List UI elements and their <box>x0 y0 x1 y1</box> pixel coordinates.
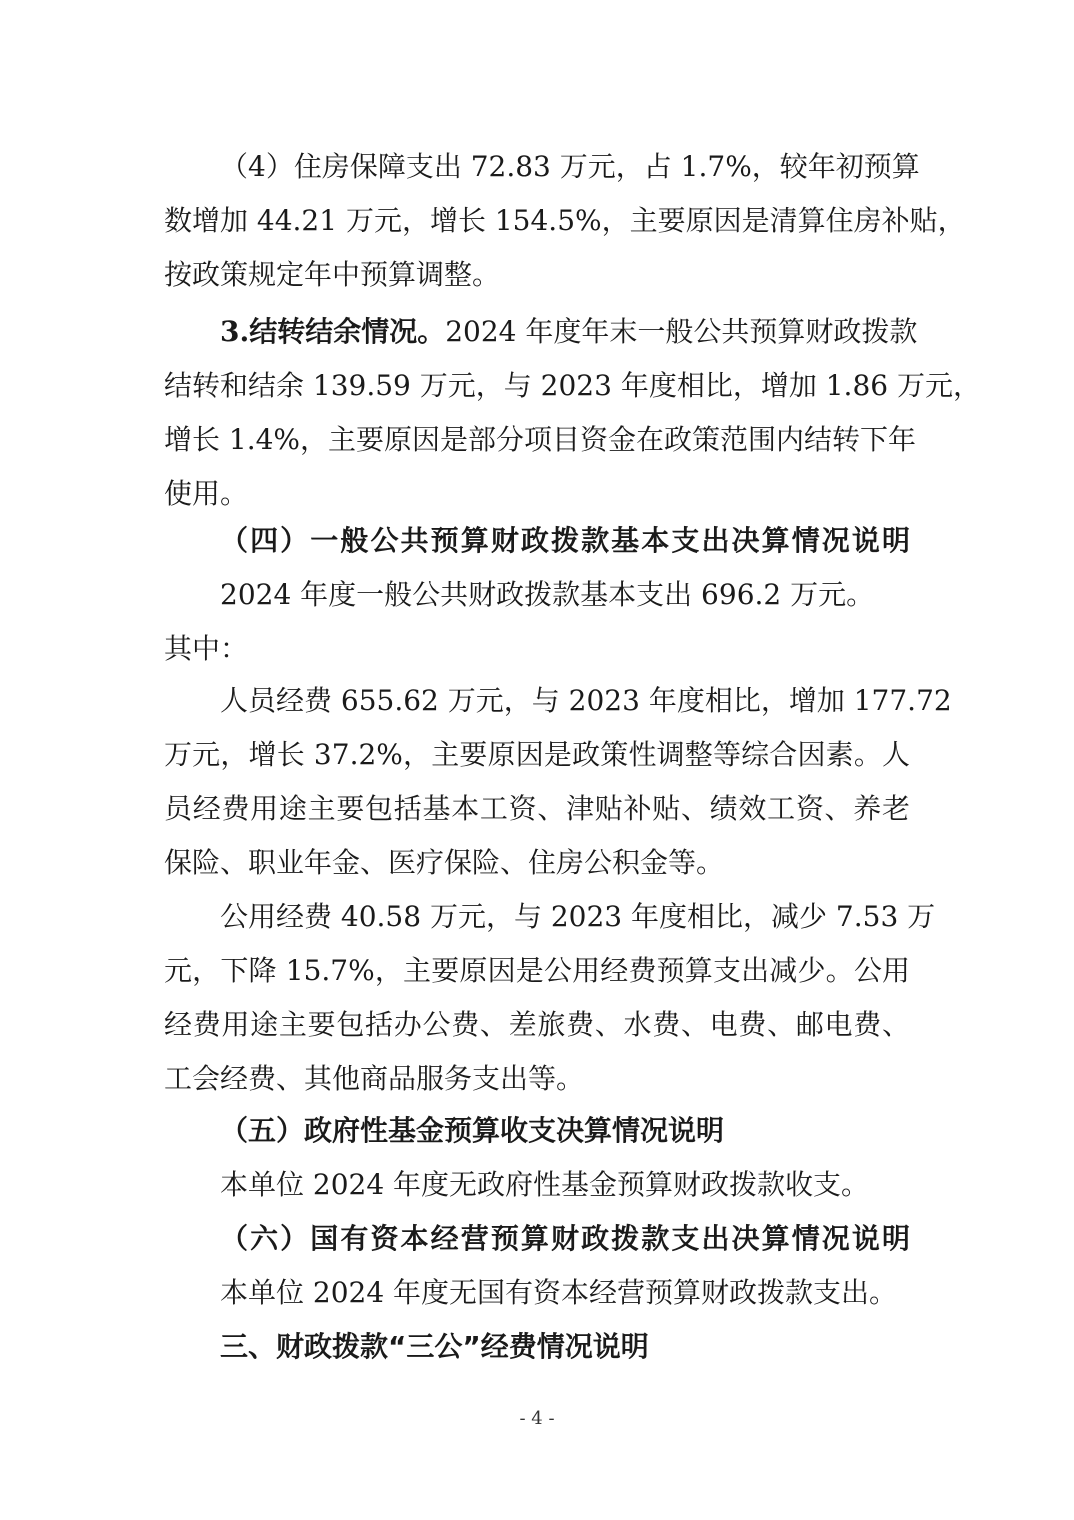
paragraph-line: 2024 年度年末一般公共预算财政拨款 <box>445 305 917 359</box>
section-heading-5: （五）政府性基金预算收支决算情况说明 <box>220 1104 724 1158</box>
page-number: - 4 - <box>0 1408 1074 1429</box>
paragraph-line: 本单位 2024 年度无政府性基金预算财政拨款收支。 <box>220 1158 869 1212</box>
paragraph-line: 公用经费 40.58 万元，与 2023 年度相比，减少 7.53 万 <box>220 890 910 944</box>
paragraph-line: （4）住房保障支出 72.83 万元，占 1.7%，较年初预算 <box>220 140 910 194</box>
paragraph-line: 其中： <box>164 622 248 676</box>
paragraph-line: 经费用途主要包括办公费、差旅费、水费、电费、邮电费、 <box>164 998 910 1052</box>
section-heading-6: （六）国有资本经营预算财政拨款支出决算情况说明 <box>220 1212 910 1266</box>
paragraph-line: 本单位 2024 年度无国有资本经营预算财政拨款支出。 <box>220 1266 897 1320</box>
carryover-lead: 3.结转结余情况。 <box>220 305 445 359</box>
paragraph-line: 数增加 44.21 万元，增长 154.5%，主要原因是清算住房补贴， <box>164 194 910 248</box>
section-heading-4: （四）一般公共预算财政拨款基本支出决算情况说明 <box>220 514 910 568</box>
paragraph-line: 人员经费 655.62 万元，与 2023 年度相比，增加 177.72 <box>220 674 910 728</box>
paragraph-line: 结转和结余 139.59 万元，与 2023 年度相比，增加 1.86 万元， <box>164 359 910 413</box>
section-heading-3: 三、财政拨款“三公”经费情况说明 <box>220 1320 649 1374</box>
paragraph-line: 保险、职业年金、医疗保险、住房公积金等。 <box>164 836 724 890</box>
paragraph-line: 工会经费、其他商品服务支出等。 <box>164 1052 584 1106</box>
paragraph-line: 使用。 <box>164 467 248 521</box>
carryover-first-line: 3.结转结余情况。 2024 年度年末一般公共预算财政拨款 <box>220 305 910 359</box>
paragraph-line: 元，下降 15.7%，主要原因是公用经费预算支出减少。公用 <box>164 944 910 998</box>
paragraph-line: 万元，增长 37.2%，主要原因是政策性调整等综合因素。人 <box>164 728 910 782</box>
paragraph-line: 按政策规定年中预算调整。 <box>164 248 500 302</box>
paragraph-line: 员经费用途主要包括基本工资、津贴补贴、绩效工资、养老 <box>164 782 910 836</box>
paragraph-line: 增长 1.4%，主要原因是部分项目资金在政策范围内结转下年 <box>164 413 910 467</box>
paragraph-line: 2024 年度一般公共财政拨款基本支出 696.2 万元。 <box>220 568 874 622</box>
